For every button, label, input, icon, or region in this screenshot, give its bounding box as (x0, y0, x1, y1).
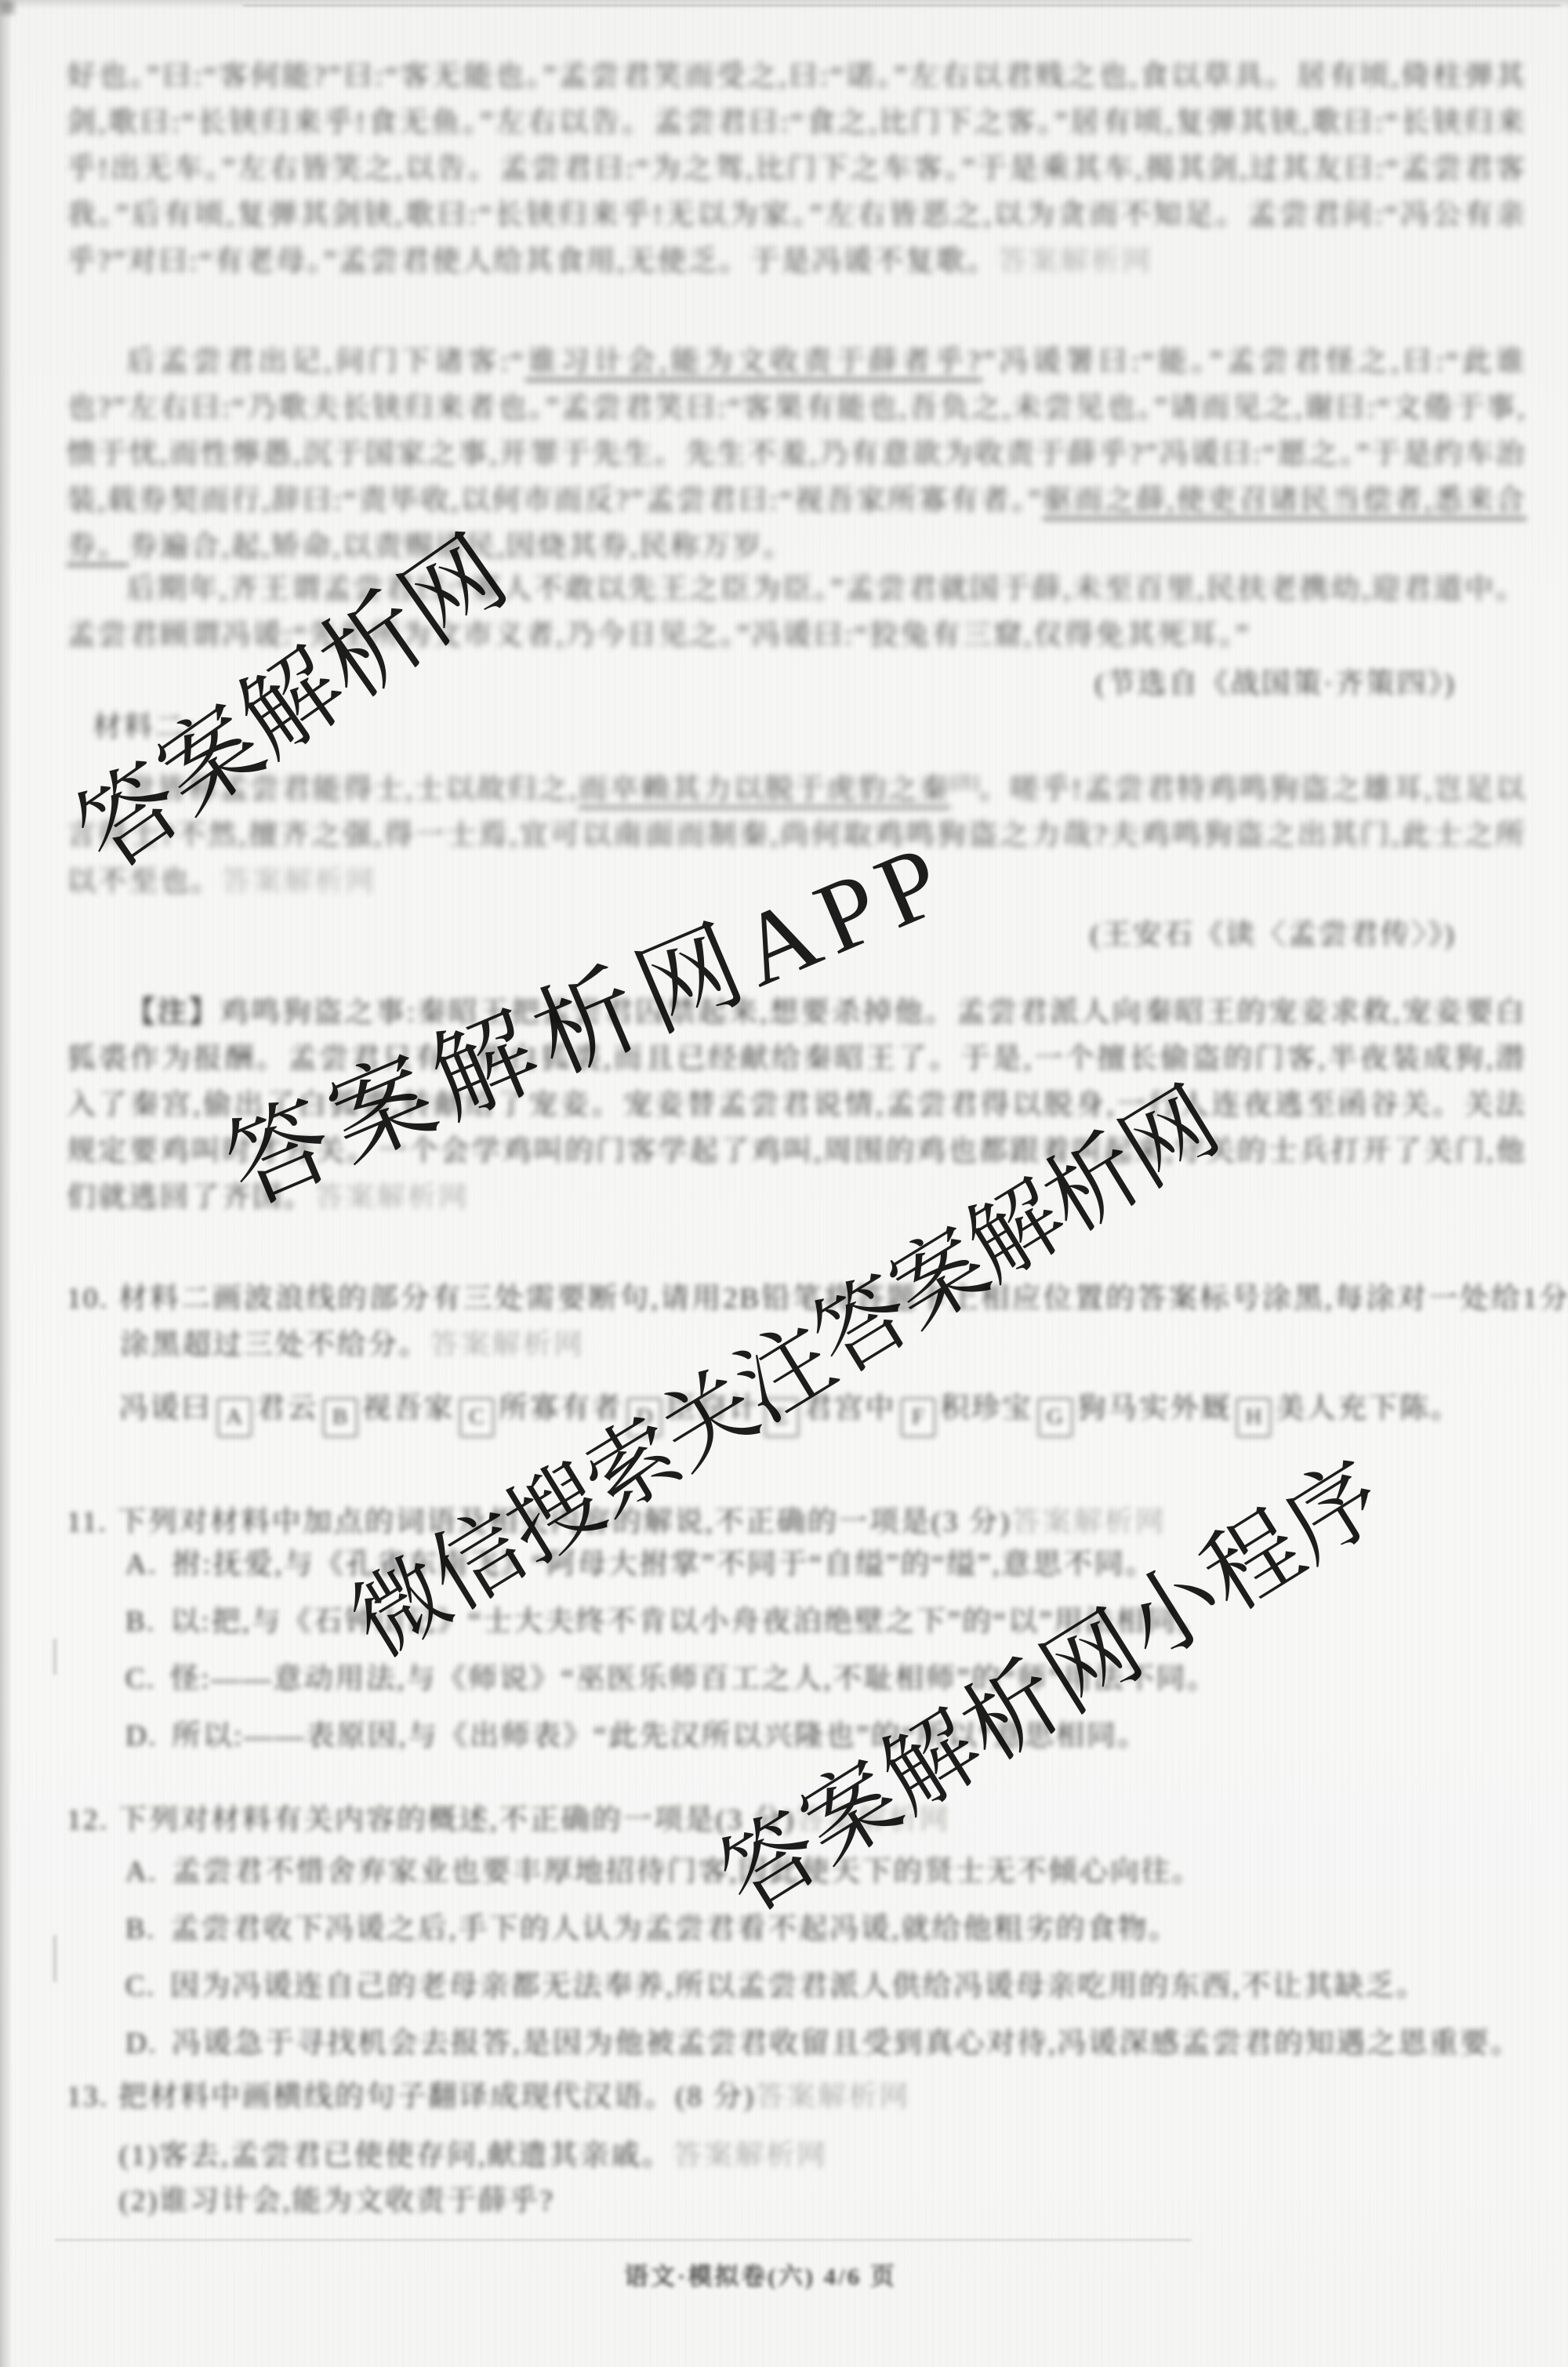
text-run: 答案解析网 (755, 2081, 910, 2113)
question-12-option-c: C.因为冯谖连自己的老母亲都无法奉养,所以孟尝君派人供给冯谖母亲吃用的东西,不让… (125, 1962, 1529, 2004)
text-run: 答案解析网 (1011, 1506, 1167, 1538)
option-text: 冯谖急于寻找机会去报答,是因为他被孟尝君收留且受到真心对待,冯谖深感孟尝君的知遇… (172, 2028, 1522, 2060)
text-run: 答案解析网 (430, 1329, 585, 1361)
scanned-exam-page: 好也。”曰:“客何能?”曰:“客无能也。”孟尝君笑而受之,曰:“诺。”左右以君贱… (0, 0, 1568, 2367)
text-run: B (323, 1398, 358, 1437)
question-13-item-2: (2)谁习计会,能为文收责于薛乎? (119, 2178, 1530, 2224)
text-run: 狗马实外厩 (1077, 1392, 1232, 1425)
text-run: A (217, 1398, 252, 1437)
margin-mark (53, 1935, 56, 1982)
scan-top-hairline (243, 5, 1560, 6)
option-label: B. (125, 1913, 156, 1945)
option-label: C. (125, 1970, 156, 2002)
option-text: 因为冯谖连自己的老母亲都无法奉养,所以孟尝君派人供给冯谖母亲吃用的东西,不让其缺… (170, 1970, 1428, 2002)
question-11-option-c: C.怪:——意动用法,与《师说》“巫医乐师百工之人,不耻相师”的“师”用法不同。 (125, 1654, 1529, 1697)
text-run: 答案解析网 (673, 2140, 828, 2172)
option-label: A. (125, 1856, 158, 1888)
option-label: C. (125, 1663, 156, 1695)
text-run: 13. 把材料中画横线的句子翻译成现代汉语。(8 分) (67, 2081, 755, 2113)
text-run: (2)谁习计会,能为文收责于薛乎? (119, 2185, 554, 2217)
question-13-stem: 13. 把材料中画横线的句子翻译成现代汉语。(8 分)答案解析网 (67, 2074, 1568, 2120)
text-run: G (1038, 1398, 1073, 1437)
text-run: [注] (950, 772, 979, 792)
scan-corner-artifact (0, 0, 14, 14)
margin-mark (53, 1639, 56, 1675)
text-run: 君云 (256, 1392, 318, 1425)
question-13-item-1: (1)客去,孟尝君已使使存问,献遗其亲戚。答案解析网 (119, 2133, 1530, 2179)
text-run: 冯谖曰 (119, 1392, 212, 1425)
text-run: 视吾家 (362, 1392, 456, 1425)
option-label: A. (125, 1548, 158, 1581)
footer-hairline (55, 2239, 1192, 2241)
text-run: 【注】 (126, 997, 220, 1029)
option-text: 孟尝君收下冯谖之后,手下的人认为孟尝君看不起冯谖,就给他粗劣的食物。 (170, 1913, 1180, 1945)
text-run: 美人充下陈。 (1276, 1392, 1461, 1425)
option-label: D. (125, 1720, 158, 1752)
text-run: H (1236, 1398, 1271, 1437)
page-footer: 语文·模拟卷(六) 4/6 页 (0, 2256, 1521, 2292)
text-run: 积珍宝 (940, 1392, 1033, 1425)
question-12-option-d: D.冯谖急于寻找机会去报答,是因为他被孟尝君收留且受到真心对待,冯谖深感孟尝君的… (125, 2019, 1529, 2061)
scan-left-edge-shadow (0, 0, 13, 2367)
material1-paragraph-1: 好也。”曰:“客何能?”曰:“客无能也。”孟尝君笑而受之,曰:“诺。”左右以君贱… (67, 53, 1526, 285)
text-run: C (459, 1398, 494, 1437)
text-run: F (901, 1398, 935, 1437)
option-label: D. (125, 2028, 158, 2060)
text-run: 好也。”曰:“客何能?”曰:“客无能也。”孟尝君笑而受之,曰:“诺。”左右以君贱… (67, 60, 1526, 278)
option-label: B. (125, 1606, 156, 1638)
text-run: 12. 下列对材料有关内容的概述,不正确的一项是(3 分) (67, 1804, 796, 1836)
question-12-option-b: B.孟尝君收下冯谖之后,手下的人认为孟尝君看不起冯谖,就给他粗劣的食物。 (125, 1904, 1529, 1947)
material1-paragraph-2: 后孟尝君出记,问门下诸客:“谁习计会,能为文收责于薛者乎?”冯谖署曰:“能。”孟… (67, 339, 1526, 570)
question-11-option-b: B.以:把,与《石钟山记》“士大夫终不肯以小舟夜泊绝壁之下”的“以”用法相同。 (125, 1597, 1529, 1639)
text-run: 谁习计会,能为文收责于薛者乎? (525, 346, 982, 378)
text-run: (1)客去,孟尝君已使使存问,献遗其亲戚。 (119, 2140, 673, 2172)
text-run: 而卒赖其力以脱于虎豹之秦 (579, 773, 950, 805)
option-text: 拊:抚爱,与《孔雀东南飞》“阿母大拊掌”不同于“自缢”的“缢”,意思不同。 (172, 1548, 1156, 1581)
option-text: 孟尝君不惜舍弃家业也要丰厚地招待门客,因此使天下的贤士无不倾心向往。 (172, 1856, 1203, 1888)
text-run: 后孟尝君出记,问门下诸客:“ (126, 346, 525, 378)
text-run: 答案解析网 (222, 866, 377, 898)
text-run: 答案解析网 (998, 245, 1153, 278)
